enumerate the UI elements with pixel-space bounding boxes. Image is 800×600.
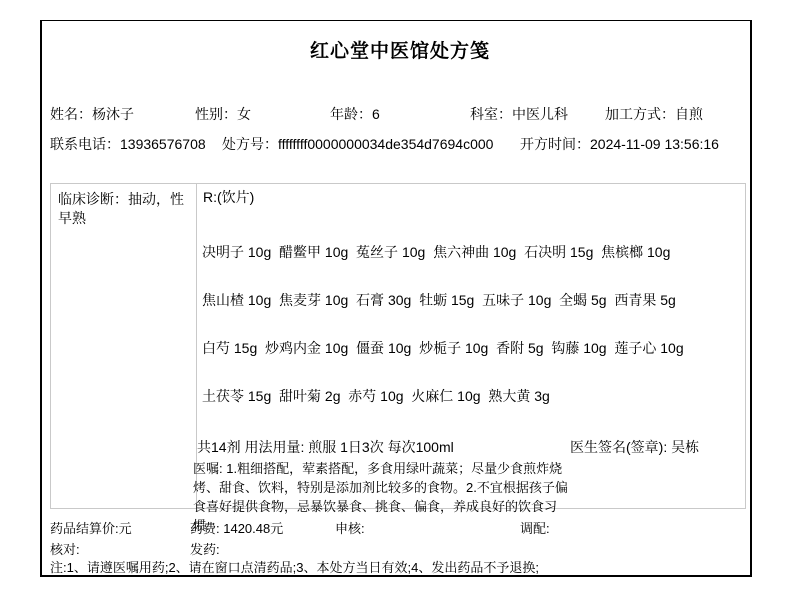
field-open-time: 开方时间：2024-11-09 13:56:16 bbox=[520, 137, 719, 152]
field-name-value: 杨沐子 bbox=[92, 106, 134, 122]
medicine-fee-label: 药费: bbox=[190, 521, 223, 536]
clinical-diagnosis-label: 临床诊断： bbox=[58, 191, 128, 207]
field-open-time-value: 2024-11-09 13:56:16 bbox=[590, 136, 719, 152]
doctor-signature: 医生签名(签章): 吴栋 bbox=[570, 440, 699, 455]
check-field: 核对: bbox=[50, 542, 80, 557]
field-name-label: 姓名： bbox=[50, 106, 92, 122]
field-department-value: 中医儿科 bbox=[512, 106, 568, 122]
field-department: 科室：中医儿科 bbox=[470, 107, 568, 122]
field-age-value: 6 bbox=[372, 106, 380, 122]
field-phone: 联系电话：13936576708 bbox=[50, 137, 206, 152]
doctor-signature-value: 吴栋 bbox=[671, 439, 699, 455]
field-open-time-label: 开方时间： bbox=[520, 136, 590, 152]
field-gender-label: 性别： bbox=[195, 106, 237, 122]
field-phone-label: 联系电话： bbox=[50, 136, 120, 152]
field-processing-value: 自煎 bbox=[675, 106, 703, 122]
advice-line: 医嘱: 1.粗细搭配，荤素搭配，多食用绿叶蔬菜；尽量少食煎炸烧 bbox=[193, 461, 562, 476]
medicine-fee: 药费: 1420.48元 bbox=[190, 521, 283, 536]
settle-price: 药品结算价:元 bbox=[50, 521, 132, 536]
doctor-signature-label: 医生签名(签章): bbox=[570, 439, 671, 455]
field-gender-value: 女 bbox=[237, 106, 251, 122]
field-rx-no-value: ffffffff0000000034de354d7694c000 bbox=[278, 136, 493, 152]
field-gender: 性别：女 bbox=[195, 107, 251, 122]
prescription-page: 红心堂中医馆处方笺 姓名：杨沐子 性别：女 年龄：6 科室：中医儿科 加工方式：… bbox=[0, 0, 800, 600]
footer-note: 注:1、请遵医嘱用药;2、请在窗口点清药品;3、本处方当日有效;4、发出药品不予… bbox=[50, 560, 539, 575]
page-title: 红心堂中医馆处方笺 bbox=[0, 36, 800, 63]
prepare-field: 调配: bbox=[520, 521, 550, 536]
rx-line: 焦山楂 10g 焦麦芽 10g 石膏 30g 牡蛎 15g 五味子 10g 全蝎… bbox=[202, 293, 676, 308]
field-age-label: 年龄： bbox=[330, 106, 372, 122]
field-rx-no-label: 处方号： bbox=[222, 136, 278, 152]
rx-usage: 共14剂 用法用量: 煎服 1日3次 每次100ml bbox=[197, 440, 454, 455]
field-rx-no: 处方号：ffffffff0000000034de354d7694c000 bbox=[222, 137, 493, 152]
clinical-diagnosis: 临床诊断：抽动，性早熟 bbox=[58, 190, 190, 228]
field-department-label: 科室： bbox=[470, 106, 512, 122]
field-phone-value: 13936576708 bbox=[120, 136, 206, 152]
field-name: 姓名：杨沐子 bbox=[50, 107, 134, 122]
rx-header: R:(饮片) bbox=[203, 190, 254, 205]
rx-line: 土茯苓 15g 甜叶菊 2g 赤芍 10g 火麻仁 10g 熟大黄 3g bbox=[202, 389, 550, 404]
field-age: 年龄：6 bbox=[330, 107, 380, 122]
rx-table-divider bbox=[196, 184, 197, 508]
review-field: 申核: bbox=[335, 521, 365, 536]
rx-line: 决明子 10g 醋鳖甲 10g 菟丝子 10g 焦六神曲 10g 石决明 15g… bbox=[202, 245, 670, 260]
field-processing-label: 加工方式： bbox=[605, 106, 675, 122]
medicine-fee-value: 1420.48元 bbox=[223, 521, 283, 536]
advice-line: 食喜好提供食物，忌暴饮暴食、挑食、偏食，养成良好的饮食习 bbox=[193, 499, 557, 514]
rx-line: 白芍 15g 炒鸡内金 10g 僵蚕 10g 炒栀子 10g 香附 5g 钩藤 … bbox=[202, 341, 684, 356]
dispense-field: 发药: bbox=[190, 542, 220, 557]
advice-line: 烤、甜食、饮料，特别是添加剂比较多的食物。2.不宜根据孩子偏 bbox=[193, 480, 568, 495]
field-processing: 加工方式：自煎 bbox=[605, 107, 703, 122]
